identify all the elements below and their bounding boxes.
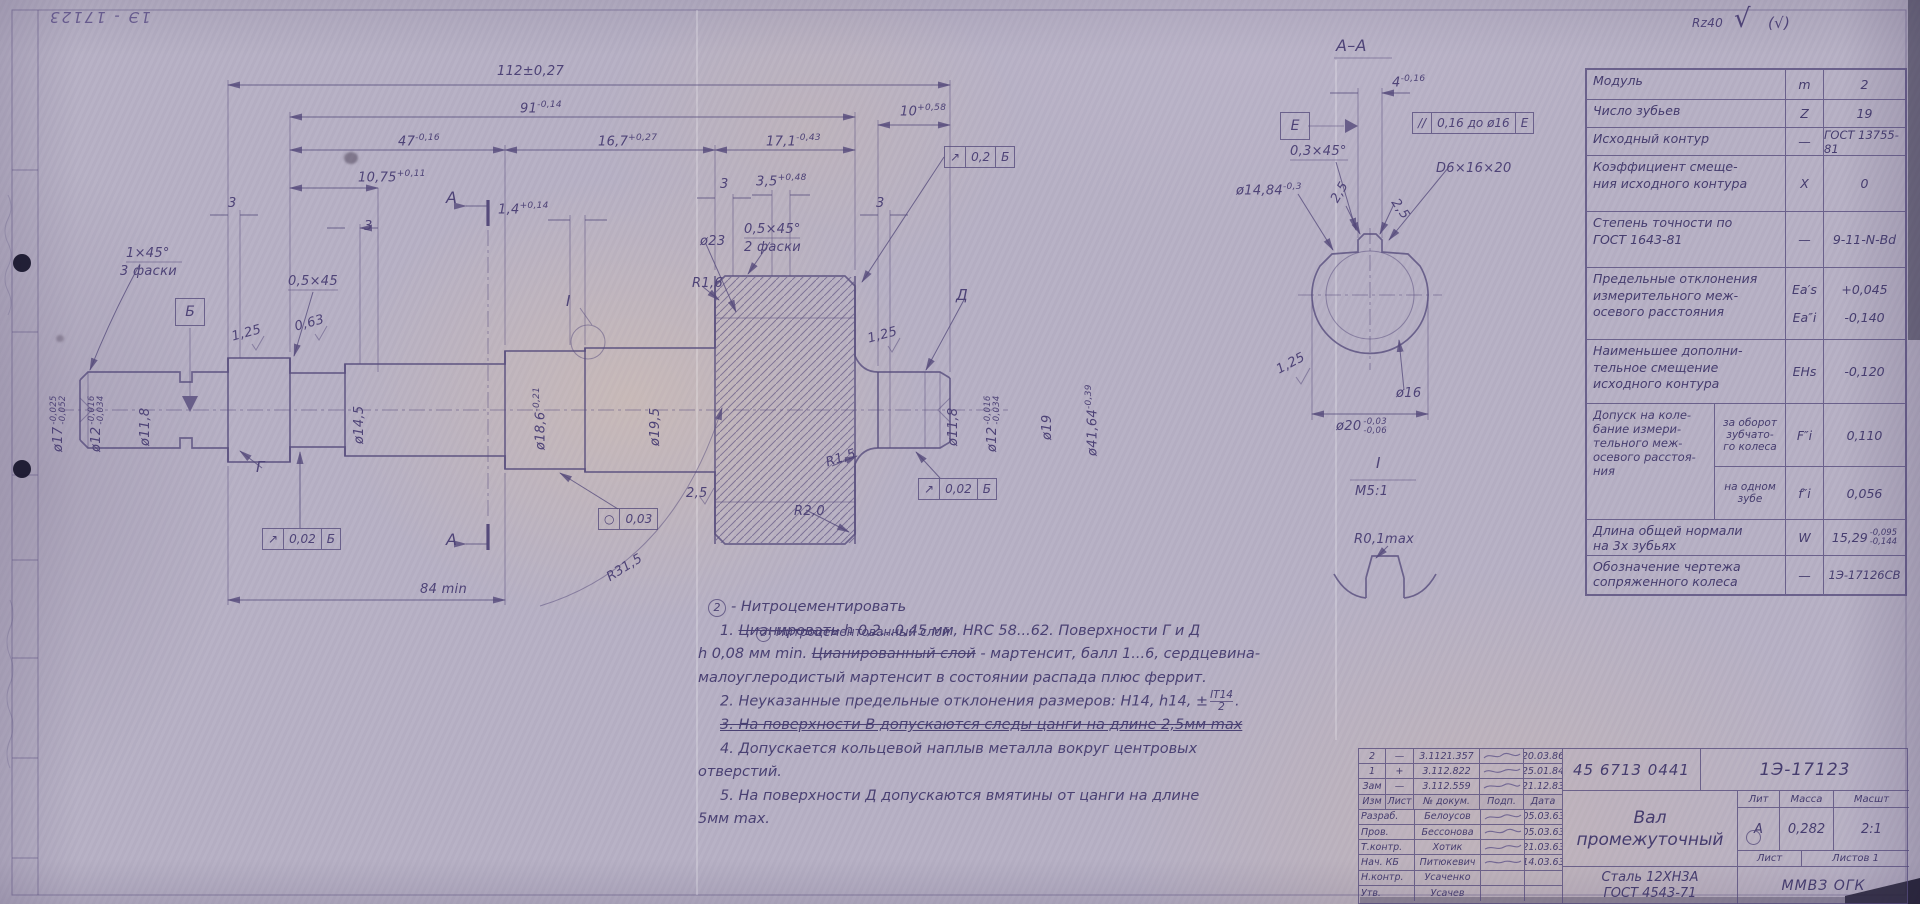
dim-label: 10+0,58 xyxy=(900,103,946,119)
dim-label: 0,3×45° xyxy=(1290,144,1347,159)
corner-document-number: 1Э - 17123 xyxy=(48,8,151,26)
dim-label: 3 фаски xyxy=(120,264,177,279)
runout-tolerance-frame: ↗0,02Б xyxy=(918,478,997,500)
dim-label: 84 min xyxy=(420,582,467,597)
mass-value: 0,282 xyxy=(1779,808,1833,850)
dim-label: ø18,6-0,21 xyxy=(532,387,548,450)
dim-label: А–А xyxy=(1336,36,1367,55)
dim-label: 3 xyxy=(228,196,237,211)
dim-label: √ xyxy=(1734,4,1751,34)
dim-label: 2,5 xyxy=(1388,196,1413,222)
dim-label: ø12-0,016-0,034 xyxy=(88,395,105,452)
document-number-strip: 45 6713 0441 1Э-17123 xyxy=(1563,749,1909,791)
revision-row: Зам—3.112.55921.12.83 xyxy=(1359,779,1562,794)
organization: ММВЗ ОГК xyxy=(1738,866,1909,904)
lit-mass-scale-grid: ЛитМассаМасшт А 0,282 2:1 Лист Листов 1 xyxy=(1738,791,1909,866)
dim-label: D6×16×20 xyxy=(1436,161,1512,176)
tolerance-datum: Е xyxy=(1515,113,1534,133)
tolerance-value: 0,02 xyxy=(283,529,321,549)
dim-label: 0,63 xyxy=(293,312,326,334)
dim-label: R1,6 xyxy=(692,276,723,291)
note-3-struck: 3. На поверхности В допускаются следы ца… xyxy=(698,714,1283,738)
revision-row: 1+3.112.82225.01.84 xyxy=(1359,764,1562,779)
staff-row: Т.контр.Хотик21.03.63 xyxy=(1359,840,1562,855)
dim-label: R1,5 xyxy=(824,446,858,470)
circled-number-icon: 2 xyxy=(756,627,771,642)
runout-tolerance-frame: ↗0,2Б xyxy=(944,146,1015,168)
dim-label: 1,25 xyxy=(230,322,263,344)
runout-icon: ↗ xyxy=(263,529,283,549)
roundness-icon: ○ xyxy=(599,509,619,529)
note-1-cont2: малоуглеродистый мартенсит в состоянии р… xyxy=(698,667,1283,691)
dim-label: ø23 xyxy=(700,234,725,249)
dim-label: 112±0,27 xyxy=(497,64,564,79)
tolerance-datum: Б xyxy=(321,529,340,549)
revision-table: 2—3.1121.35720.03.86 1+3.112.82225.01.84… xyxy=(1359,749,1563,903)
staff-row: Пров.Бессонова05.03.63 xyxy=(1359,825,1562,840)
parallelism-tolerance-frame: //0,16 до ø16Е xyxy=(1412,112,1534,134)
stamp-circle-icon xyxy=(1746,830,1761,845)
dim-label: ø14,5 xyxy=(352,406,367,444)
note-insert: 2Нитроцементованный слой xyxy=(756,626,950,642)
drawing-number: 1Э-17123 xyxy=(1701,749,1909,790)
table-row: Коэффициент смеще-ния исходного контура … xyxy=(1587,156,1905,212)
gear-parameter-table: Модульm2 Число зубьевZ19 Исходный контур… xyxy=(1585,68,1907,596)
dim-label: Д xyxy=(956,286,968,304)
dim-label: 2 фаски xyxy=(744,240,801,255)
dim-label: R0,1max xyxy=(1354,532,1414,547)
staff-row: Н.контр.Усаченко xyxy=(1359,871,1562,886)
parallelism-icon: // xyxy=(1413,113,1431,133)
revision-row: 2—3.1121.35720.03.86 xyxy=(1359,749,1562,764)
dim-label: М5:1 xyxy=(1355,484,1388,499)
dim-label: ø17-0,025-0,052 xyxy=(50,395,67,452)
dim-label: I xyxy=(566,292,571,310)
sheet-label: Лист xyxy=(1738,851,1801,866)
table-row: Число зубьевZ19 xyxy=(1587,100,1905,128)
dim-label: 47-0,16 xyxy=(398,133,440,149)
dim-label: 0,5×45 xyxy=(288,274,338,289)
note-heading: 2- Нитроцементировать xyxy=(708,596,1283,620)
dim-label: ø14,84-0,3 xyxy=(1236,182,1302,198)
dim-label: 2,5 xyxy=(686,486,708,501)
dim-label: R2,0 xyxy=(794,504,825,519)
table-row: Наименьшее дополни-тельное смещениеисход… xyxy=(1587,340,1905,404)
dim-label: 3 xyxy=(876,196,885,211)
sheets-label: Листов 1 xyxy=(1801,851,1909,866)
tolerance-value: 0,16 до ø16 xyxy=(1431,113,1515,133)
dim-label: 2,5 xyxy=(1328,179,1352,205)
dim-label: 4-0,16 xyxy=(1392,74,1425,90)
dim-label: А xyxy=(446,530,457,549)
dim-label: Г xyxy=(256,458,265,476)
dim-label: ø19 xyxy=(1040,415,1055,440)
tolerance-value: 0,2 xyxy=(965,147,995,167)
tolerance-value: 0,03 xyxy=(619,509,657,529)
table-row: Степень точности поГОСТ 1643-81 —9-11-N-… xyxy=(1587,212,1905,268)
note-4-cont: отверстий. xyxy=(698,761,1283,785)
table-row: Предельные отклоненияизмерительного меж-… xyxy=(1587,268,1905,340)
dim-label: ø16 xyxy=(1396,386,1421,401)
tolerance-value: 0,02 xyxy=(939,479,977,499)
dim-label: ø20-0,03-0,06 xyxy=(1336,418,1387,435)
dim-label: (√) xyxy=(1768,14,1790,32)
dim-label: 1,4+0,14 xyxy=(498,201,549,217)
dim-label: 1,25 xyxy=(1274,350,1308,377)
dim-label: R31,5 xyxy=(604,551,645,585)
dim-label: 1,25 xyxy=(866,324,899,346)
table-row: Длина общей нормалина 3х зубьях W 15,29-… xyxy=(1587,520,1905,556)
note-text: - Нитроцементировать xyxy=(731,599,906,615)
note-1-cont: h 0,08 мм min. Цианированный слой - март… xyxy=(698,643,1283,667)
dim-label: ø11,8 xyxy=(138,408,153,446)
datum-b-label: Б xyxy=(185,304,195,320)
technical-notes: 2- Нитроцементировать 1. Цианировать h 0… xyxy=(698,596,1283,832)
dim-label: 0,5×45° xyxy=(744,222,801,237)
datum-e-box: Е xyxy=(1280,112,1310,140)
table-row: Модульm2 xyxy=(1587,70,1905,100)
tolerance-datum: Б xyxy=(995,147,1014,167)
dim-label: 10,75+0,11 xyxy=(358,169,426,185)
dim-label: 17,1-0,43 xyxy=(766,133,821,149)
dim-label: 3 xyxy=(364,219,373,234)
roundness-tolerance-frame: ○0,03 xyxy=(598,508,658,530)
note-4: 4. Допускается кольцевой наплыв металла … xyxy=(698,738,1283,762)
staff-row: Разраб.Белоусов05.03.63 xyxy=(1359,810,1562,825)
table-row: Допуск на коле-бание измери-тельного меж… xyxy=(1587,404,1905,520)
dim-label: ø12-0,016-0,034 xyxy=(984,395,1001,452)
datum-e-label: Е xyxy=(1291,118,1300,134)
dim-label: 16,7+0,27 xyxy=(598,133,657,149)
dim-label: 1×45° xyxy=(126,246,170,261)
datum-b-box: Б xyxy=(175,298,205,326)
part-name: Вал промежуточный xyxy=(1563,791,1738,866)
dim-label: 3 xyxy=(720,177,729,192)
runout-icon: ↗ xyxy=(945,147,965,167)
runout-icon: ↗ xyxy=(919,479,939,499)
dim-label: А xyxy=(446,188,457,207)
runout-tolerance-frame: ↗0,02Б xyxy=(262,528,341,550)
dim-label: 91-0,14 xyxy=(520,100,562,116)
dim-label: ø41,64-0,39 xyxy=(1084,384,1100,456)
dim-label: 3,5+0,48 xyxy=(756,173,807,189)
drawing-sheet: 112±0,2791-0,1447-0,1616,7+0,2717,1-0,43… xyxy=(0,0,1920,904)
note-5-cont: 5мм max. xyxy=(698,808,1283,832)
revision-header-row: ИзмЛист№ докум.Подп.Дата xyxy=(1359,795,1562,810)
staff-row: Утв.Усачев xyxy=(1359,886,1562,901)
circled-number-icon: 2 xyxy=(708,599,726,617)
table-row: Обозначение чертежасопряженного колеса —… xyxy=(1587,556,1905,594)
dim-label: Rz40 xyxy=(1692,16,1723,30)
table-row: Исходный контур—ГОСТ 13755-81 xyxy=(1587,128,1905,156)
note-5: 5. На поверхности Д допускаются вмятины … xyxy=(698,785,1283,809)
part-code: 45 6713 0441 xyxy=(1563,749,1701,790)
material: Сталь 12ХН3А ГОСТ 4543-71 xyxy=(1563,866,1738,904)
note-2: 2. Неуказанные предельные отклонения раз… xyxy=(698,690,1283,714)
title-block: 2—3.1121.35720.03.86 1+3.112.82225.01.84… xyxy=(1358,748,1908,904)
scale-value: 2:1 xyxy=(1833,808,1909,850)
tolerance-datum: Б xyxy=(977,479,996,499)
staff-row: Нач. КБПитюкевич14.03.63 xyxy=(1359,855,1562,870)
dim-label: ø11,8 xyxy=(946,408,961,446)
dim-label: ø19,5 xyxy=(648,408,663,446)
dim-label: I xyxy=(1376,454,1381,472)
